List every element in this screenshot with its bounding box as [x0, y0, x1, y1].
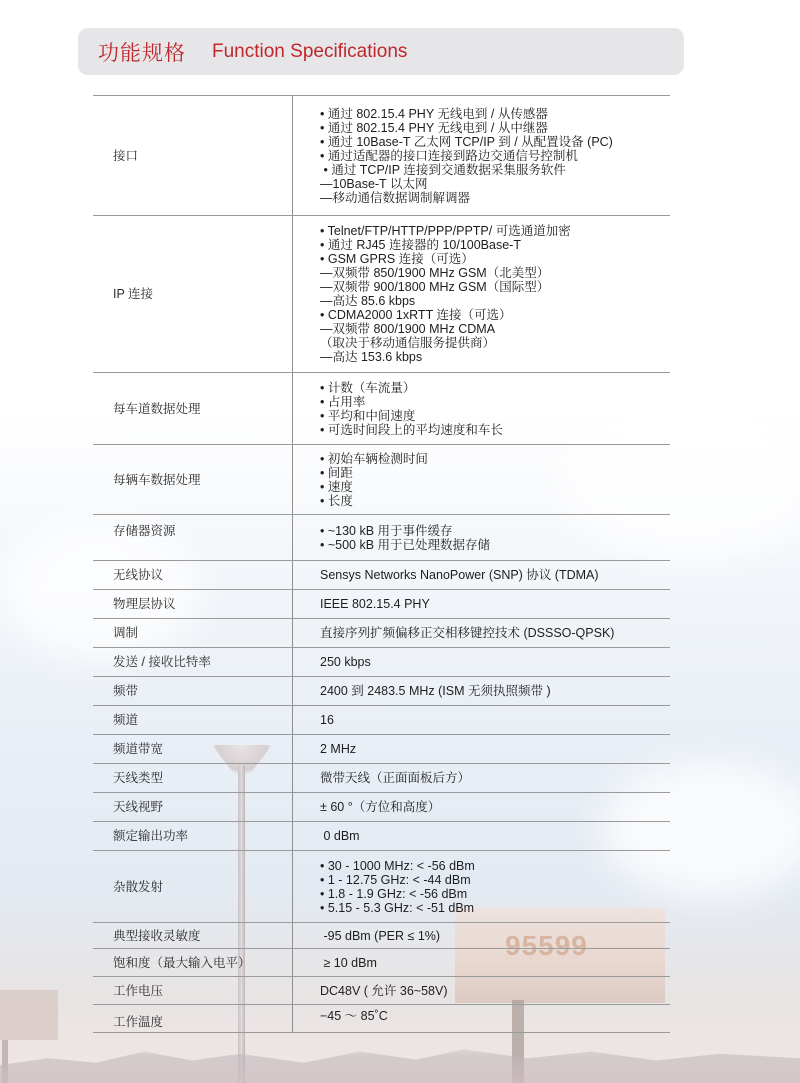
spec-line: • 间距 [320, 466, 670, 480]
spec-line: • 通过 802.15.4 PHY 无线电到 / 从中继器 [320, 121, 670, 135]
spec-label: 物理层协议 [93, 590, 293, 619]
spec-row-channel-bandwidth: 频道带宽 2 MHz [93, 735, 670, 764]
spec-line: • 平均和中间速度 [320, 409, 670, 423]
spec-value: 2 MHz [293, 735, 671, 764]
spec-line: • 1.8 - 1.9 GHz: < -56 dBm [320, 887, 670, 901]
spec-line: （取决于移动通信服务提供商） [320, 336, 670, 350]
spec-label: 天线类型 [93, 764, 293, 793]
spec-line: • 速度 [320, 480, 670, 494]
section-header: 功能规格 Function Specifications [78, 28, 684, 75]
spec-line: —高达 85.6 kbps [320, 294, 670, 308]
spec-label: 频道带宽 [93, 735, 293, 764]
spec-label: 无线协议 [93, 561, 293, 590]
spec-value: 16 [293, 706, 671, 735]
spec-row-ip-connection: IP 连接 • Telnet/FTP/HTTP/PPP/PPTP/ 可选通道加密… [93, 216, 670, 373]
spec-label: 接口 [93, 96, 293, 216]
spec-value: 2400 到 2483.5 MHz (ISM 无须执照频带 ) [293, 677, 671, 706]
spec-line: • 长度 [320, 494, 670, 508]
spec-line: —双频带 800/1900 MHz CDMA [320, 322, 670, 336]
spec-row-channels: 频道 16 [93, 706, 670, 735]
spec-value: • 计数（车流量） • 占用率 • 平均和中间速度 • 可选时间段上的平均速度和… [293, 373, 671, 445]
spec-value: IEEE 802.15.4 PHY [293, 590, 671, 619]
spec-line: • 通过 10Base-T 乙太网 TCP/IP 到 / 从配置设备 (PC) [320, 135, 670, 149]
spec-value: 0 dBm [293, 822, 671, 851]
spec-line: • ~130 kB 用于事件缓存 [320, 524, 670, 538]
spec-line: • 占用率 [320, 395, 670, 409]
spec-page: 功能规格 Function Specifications 接口 • 通过 802… [0, 0, 800, 1083]
spec-label: 天线视野 [93, 793, 293, 822]
spec-label: 频道 [93, 706, 293, 735]
spec-value: • 通过 802.15.4 PHY 无线电到 / 从传感器 • 通过 802.1… [293, 96, 671, 216]
spec-row-antenna-field-of-view: 天线视野 ± 60 °（方位和高度） [93, 793, 670, 822]
spec-value: 直接序列扩频偏移正交相移键控技术 (DSSSO-QPSK) [293, 619, 671, 648]
spec-value: • 初始车辆检测时间 • 间距 • 速度 • 长度 [293, 445, 671, 515]
spec-value: 250 kbps [293, 648, 671, 677]
spec-row-per-lane-processing: 每车道数据处理 • 计数（车流量） • 占用率 • 平均和中间速度 • 可选时间… [93, 373, 670, 445]
spec-label: 杂散发射 [93, 851, 293, 923]
spec-value: −45 ～ 85˚C [293, 1005, 671, 1033]
spec-row-wireless-protocol: 无线协议 Sensys Networks NanoPower (SNP) 协议 … [93, 561, 670, 590]
spec-line: —双频带 850/1900 MHz GSM（北美型） [320, 266, 670, 280]
spec-row-per-vehicle-processing: 每辆车数据处理 • 初始车辆检测时间 • 间距 • 速度 • 长度 [93, 445, 670, 515]
spec-line: • GSM GPRS 连接（可选） [320, 252, 670, 266]
spec-line: —双频带 900/1800 MHz GSM（国际型） [320, 280, 670, 294]
spec-row-receive-sensitivity: 典型接收灵敏度 -95 dBm (PER ≤ 1%) [93, 923, 670, 949]
spec-label: 饱和度（最大输入电平） [93, 949, 293, 977]
spec-row-interface: 接口 • 通过 802.15.4 PHY 无线电到 / 从传感器 • 通过 80… [93, 96, 670, 216]
spec-label: 工作电压 [93, 977, 293, 1005]
spec-label: 额定输出功率 [93, 822, 293, 851]
spec-row-spurious-emissions: 杂散发射 • 30 - 1000 MHz: < -56 dBm • 1 - 12… [93, 851, 670, 923]
spec-line: • ~500 kB 用于已处理数据存储 [320, 538, 670, 552]
spec-value: 微带天线（正面面板后方） [293, 764, 671, 793]
section-title-zh: 功能规格 [98, 37, 186, 67]
spec-label: 工作温度 [93, 1005, 293, 1033]
spec-row-antenna-type: 天线类型 微带天线（正面面板后方） [93, 764, 670, 793]
spec-line: • 可选时间段上的平均速度和车长 [320, 423, 670, 437]
spec-label: 典型接收灵敏度 [93, 923, 293, 949]
spec-line: • 30 - 1000 MHz: < -56 dBm [320, 859, 670, 873]
spec-label: 每辆车数据处理 [93, 445, 293, 515]
spec-line: • 通过适配器的接口连接到路边交通信号控制机 [320, 149, 670, 163]
spec-label: 存储器资源 [93, 515, 293, 561]
spec-label: 发送 / 接收比特率 [93, 648, 293, 677]
spec-row-operating-temperature: 工作温度 −45 ～ 85˚C [93, 1005, 670, 1033]
spec-label: 调制 [93, 619, 293, 648]
spec-line: • 通过 TCP/IP 连接到交通数据采集服务软件 [320, 163, 670, 177]
spec-row-saturation: 饱和度（最大输入电平） ≥ 10 dBm [93, 949, 670, 977]
spec-row-phy-protocol: 物理层协议 IEEE 802.15.4 PHY [93, 590, 670, 619]
spec-value: • 30 - 1000 MHz: < -56 dBm • 1 - 12.75 G… [293, 851, 671, 923]
spec-label: 频带 [93, 677, 293, 706]
spec-row-operating-voltage: 工作电压 DC48V ( 允许 36~58V) [93, 977, 670, 1005]
spec-line: • 计数（车流量） [320, 381, 670, 395]
spec-line: • 通过 RJ45 连接器的 10/100Base-T [320, 238, 670, 252]
spec-row-memory: 存储器资源 • ~130 kB 用于事件缓存 • ~500 kB 用于已处理数据… [93, 515, 670, 561]
spec-value: • Telnet/FTP/HTTP/PPP/PPTP/ 可选通道加密 • 通过 … [293, 216, 671, 373]
spec-line: • 5.15 - 5.3 GHz: < -51 dBm [320, 901, 670, 915]
spec-line: —移动通信数据调制解调器 [320, 191, 670, 205]
spec-value: ± 60 °（方位和高度） [293, 793, 671, 822]
spec-line: • 初始车辆检测时间 [320, 452, 670, 466]
spec-line: • CDMA2000 1xRTT 连接（可选） [320, 308, 670, 322]
spec-value: -95 dBm (PER ≤ 1%) [293, 923, 671, 949]
spec-line: —10Base-T 以太网 [320, 177, 670, 191]
spec-row-frequency-band: 频带 2400 到 2483.5 MHz (ISM 无须执照频带 ) [93, 677, 670, 706]
spec-value: DC48V ( 允许 36~58V) [293, 977, 671, 1005]
spec-row-modulation: 调制 直接序列扩频偏移正交相移键控技术 (DSSSO-QPSK) [93, 619, 670, 648]
spec-line: • Telnet/FTP/HTTP/PPP/PPTP/ 可选通道加密 [320, 224, 670, 238]
spec-label: 每车道数据处理 [93, 373, 293, 445]
spec-row-bit-rate: 发送 / 接收比特率 250 kbps [93, 648, 670, 677]
spec-row-output-power: 额定输出功率 0 dBm [93, 822, 670, 851]
spec-value: ≥ 10 dBm [293, 949, 671, 977]
spec-line: • 通过 802.15.4 PHY 无线电到 / 从传感器 [320, 107, 670, 121]
spec-value: • ~130 kB 用于事件缓存 • ~500 kB 用于已处理数据存储 [293, 515, 671, 561]
spec-line: • 1 - 12.75 GHz: < -44 dBm [320, 873, 670, 887]
spec-label: IP 连接 [93, 216, 293, 373]
spec-line: —高达 153.6 kbps [320, 350, 670, 364]
spec-table: 接口 • 通过 802.15.4 PHY 无线电到 / 从传感器 • 通过 80… [93, 95, 670, 1033]
spec-value: Sensys Networks NanoPower (SNP) 协议 (TDMA… [293, 561, 671, 590]
section-title-en: Function Specifications [212, 41, 407, 63]
